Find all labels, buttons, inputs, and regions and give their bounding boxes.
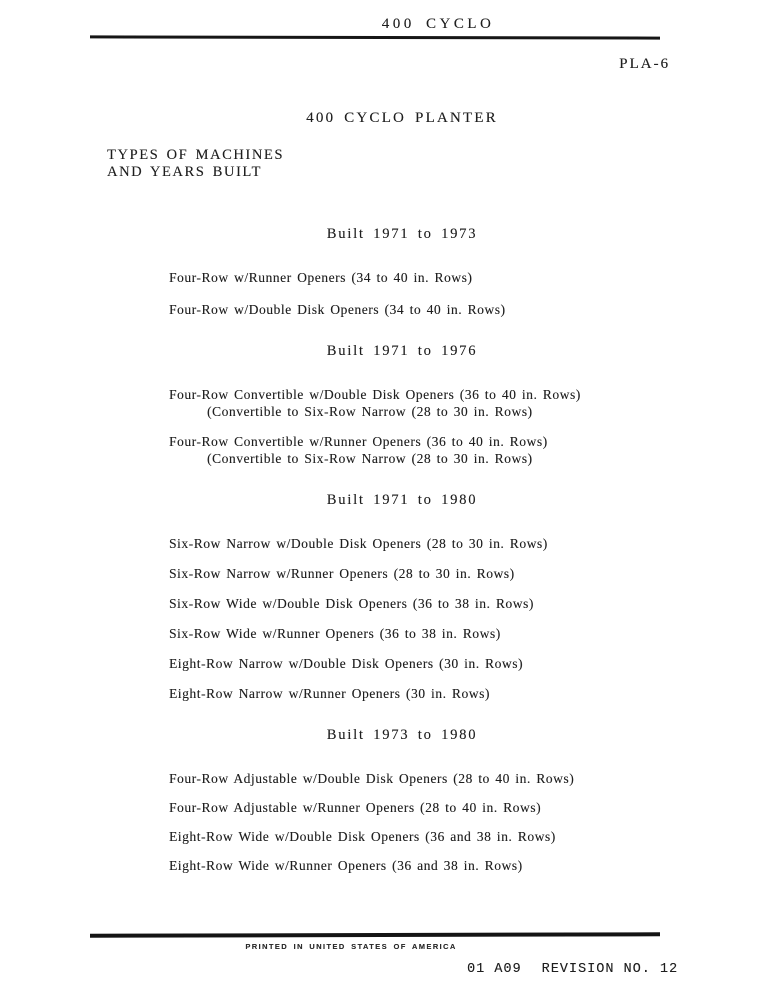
machine-item: Six-Row Wide w/Runner Openers (36 to 38 …: [169, 625, 772, 642]
machine-item-continuation: (Convertible to Six-Row Narrow (28 to 30…: [169, 450, 772, 467]
section-built-1971-1976: Built 1971 to 1976 Four-Row Convertible …: [0, 343, 772, 467]
machine-item: Eight-Row Narrow w/Double Disk Openers (…: [169, 655, 772, 672]
machine-item: Eight-Row Wide w/Double Disk Openers (36…: [169, 828, 772, 845]
machine-item: Four-Row Convertible w/Double Disk Opene…: [169, 386, 772, 420]
machine-item: Four-Row w/Runner Openers (34 to 40 in. …: [169, 269, 772, 286]
machine-list: Four-Row Convertible w/Double Disk Opene…: [169, 386, 772, 467]
section-built-1971-1973: Built 1971 to 1973 Four-Row w/Runner Ope…: [0, 226, 772, 318]
machine-list: Six-Row Narrow w/Double Disk Openers (28…: [169, 535, 772, 702]
section-heading: Built 1971 to 1980: [0, 492, 772, 509]
revision-line: 01 A09REVISION NO. 12: [467, 962, 678, 977]
doc-code: 01 A09: [467, 962, 522, 977]
machine-item-line: Four-Row Convertible w/Double Disk Opene…: [169, 386, 772, 403]
machine-item: Six-Row Narrow w/Runner Openers (28 to 3…: [169, 565, 772, 582]
machine-item: Six-Row Wide w/Double Disk Openers (36 t…: [169, 595, 772, 612]
section-heading: Built 1971 to 1976: [0, 343, 772, 360]
section-built-1971-1980: Built 1971 to 1980 Six-Row Narrow w/Doub…: [0, 492, 772, 702]
side-label: TYPES OF MACHINES AND YEARS BUILT: [107, 147, 284, 181]
side-label-line2: AND YEARS BUILT: [107, 164, 284, 181]
machine-item: Four-Row Adjustable w/Double Disk Opener…: [169, 770, 772, 787]
machine-item: Six-Row Narrow w/Double Disk Openers (28…: [169, 535, 772, 552]
machine-item: Eight-Row Wide w/Runner Openers (36 and …: [169, 857, 772, 874]
page-code: PLA-6: [0, 56, 772, 73]
machine-item-line: Four-Row Convertible w/Runner Openers (3…: [169, 433, 772, 450]
machine-list: Four-Row w/Runner Openers (34 to 40 in. …: [169, 269, 772, 318]
printed-note: PRINTED IN UNITED STATES OF AMERICA: [0, 942, 772, 951]
machine-item: Eight-Row Narrow w/Runner Openers (30 in…: [169, 685, 772, 702]
document-title: 400 CYCLO PLANTER: [0, 110, 772, 127]
scanned-manual-page: 400 CYCLO PLA-6 400 CYCLO PLANTER TYPES …: [0, 0, 772, 1000]
machine-list: Four-Row Adjustable w/Double Disk Opener…: [169, 770, 772, 874]
revision-label: REVISION NO. 12: [542, 962, 679, 977]
machine-item-continuation: (Convertible to Six-Row Narrow (28 to 30…: [169, 403, 772, 420]
machine-item: Four-Row Adjustable w/Runner Openers (28…: [169, 799, 772, 816]
machine-item: Four-Row w/Double Disk Openers (34 to 40…: [169, 301, 772, 318]
page-content: Built 1971 to 1973 Four-Row w/Runner Ope…: [0, 226, 772, 886]
running-head: 400 CYCLO: [0, 16, 772, 33]
section-heading: Built 1971 to 1973: [0, 226, 772, 243]
header-rule: [90, 35, 660, 39]
section-built-1973-1980: Built 1973 to 1980 Four-Row Adjustable w…: [0, 727, 772, 874]
section-heading: Built 1973 to 1980: [0, 727, 772, 744]
side-label-line1: TYPES OF MACHINES: [107, 147, 284, 164]
machine-item: Four-Row Convertible w/Runner Openers (3…: [169, 433, 772, 467]
footer-rule: [90, 932, 660, 937]
